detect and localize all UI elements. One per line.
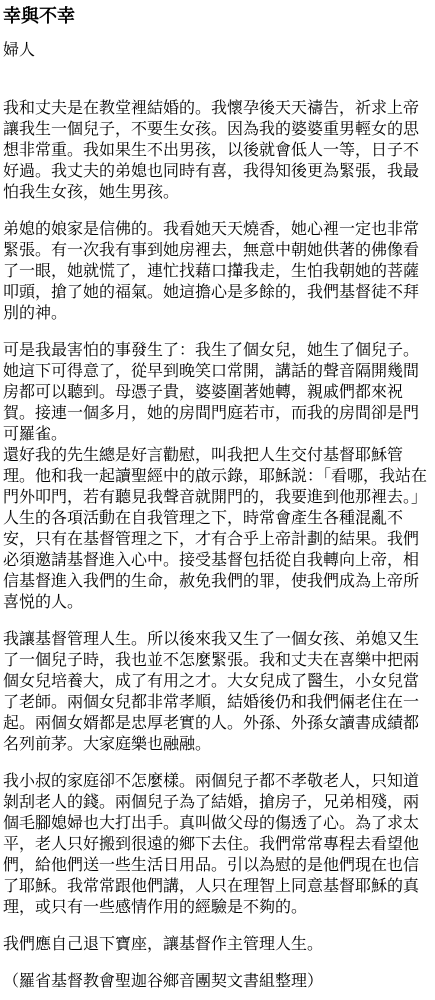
paragraph: 弟媳的娘家是信佛的。我看她天天燒香，她心裡一定也非常緊張。有一次我有事到她房裡去… <box>3 219 433 324</box>
article-byline: 婦人 <box>3 40 433 61</box>
article-title: 幸與不幸 <box>3 5 433 28</box>
page: { "page": { "background_color": "#ffffff… <box>0 0 435 1000</box>
paragraph: 我讓基督管理人生。所以後來我又生了一個女孩、弟媳又生了一個兒子時，我也並不怎麼緊… <box>3 629 433 755</box>
paragraph: 我和丈夫是在教堂裡結婚的。我懷孕後天天禱告，祈求上帝讓我生一個兒子，不要生女孩。… <box>3 98 433 203</box>
paragraph: 我們應自己退下寶座，讓基督作主管理人生。 <box>3 934 433 955</box>
article-body: 我和丈夫是在教堂裡結婚的。我懷孕後天天禱告，祈求上帝讓我生一個兒子，不要生女孩。… <box>3 98 433 955</box>
article-attribution: （羅省基督教會聖迦谷鄉音團契文書組整理） <box>3 971 433 992</box>
article: 幸與不幸 婦人 我和丈夫是在教堂裡結婚的。我懷孕後天天禱告，祈求上帝讓我生一個兒… <box>0 0 435 1000</box>
paragraph: 可是我最害怕的事發生了：我生了個女兒，她生了個兒子。她這下可得意了，從早到晚笑口… <box>3 340 433 613</box>
paragraph: 我小叔的家庭卻不怎麼樣。兩個兒子都不孝敬老人，只知道剝刮老人的錢。兩個兒子為了結… <box>3 771 433 918</box>
